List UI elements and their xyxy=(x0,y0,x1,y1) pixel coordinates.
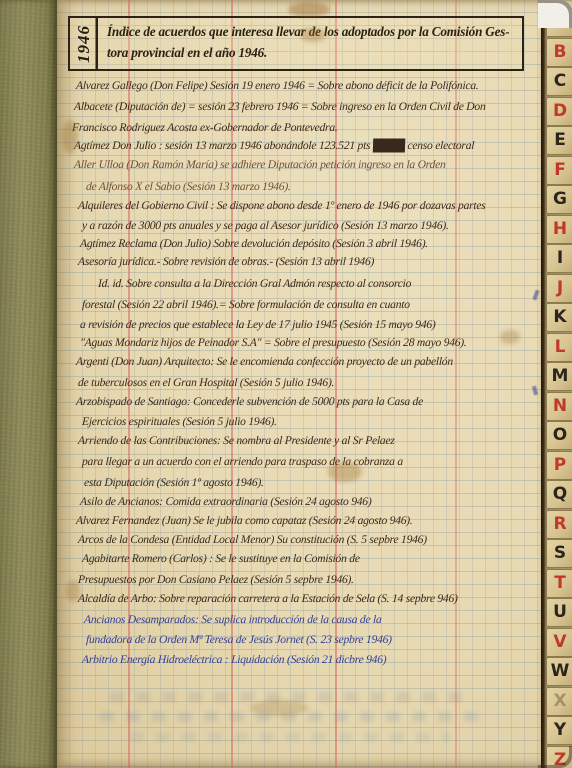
tab-r: R xyxy=(546,510,572,539)
tab-letter: X xyxy=(553,693,566,710)
index-entry-line: Ancianos Desamparados: Se suplica introd… xyxy=(84,613,382,626)
tab-letter: N xyxy=(553,398,567,415)
tab-o: O xyxy=(546,421,572,450)
index-entry-line: de Alfonso X el Sabio (Sesión 13 marzo 1… xyxy=(86,180,291,193)
tab-i: I xyxy=(546,244,572,273)
tab-p: P xyxy=(546,451,572,480)
tab-letter: E xyxy=(554,132,566,149)
index-entry-line: forestal (Sesión 22 abril 1946).= Sobre … xyxy=(82,298,410,311)
tab-letter: C xyxy=(554,73,566,90)
tab-letter: B xyxy=(554,44,567,61)
tab-letter: O xyxy=(553,427,567,444)
index-entry-line: Arbitrio Energía Hidroeléctrica : Liquid… xyxy=(82,653,387,666)
stain xyxy=(62,120,78,154)
tab-letter: L xyxy=(555,339,566,356)
tab-v: V xyxy=(546,628,572,657)
tab-s: S xyxy=(546,539,572,568)
year-label: 1946 xyxy=(74,25,94,63)
index-entry-line: "Aguas Mondariz hijos de Peinador S.A" =… xyxy=(80,336,467,349)
tab-letter: V xyxy=(553,634,566,651)
stain xyxy=(250,700,308,716)
index-entry-line: Arriendo de las Contribuciones: Se nombr… xyxy=(78,434,395,447)
tab-letter: U xyxy=(553,604,567,621)
tab-e: E xyxy=(546,126,572,155)
index-entry-line: Alvarez Gallego (Don Felipe) Sesión 19 e… xyxy=(76,79,479,92)
tab-b: B xyxy=(546,38,572,67)
tab-letter: Y xyxy=(554,722,566,739)
tab-y: Y xyxy=(546,716,572,745)
tab-n: N xyxy=(546,392,572,421)
tab-q: Q xyxy=(546,480,572,509)
tab-letter: H xyxy=(553,221,567,238)
index-entry-line: Alquileres del Gobierno Civil : Se dispo… xyxy=(78,199,486,212)
index-entry-line: Asesoría jurídica.- Sobre revisión de ob… xyxy=(78,255,375,268)
tab-u: U xyxy=(546,598,572,627)
stain xyxy=(328,462,362,482)
tab-letter: K xyxy=(553,309,566,326)
tab-letter: J xyxy=(557,280,563,297)
red-margin-line xyxy=(455,0,457,768)
index-entry-line: Alcaldía de Arbo: Sobre reparación carre… xyxy=(78,592,458,605)
year-cell: 1946 xyxy=(70,18,98,69)
tab-w: W xyxy=(546,657,572,686)
tab-x: X xyxy=(546,687,572,716)
index-entry-line: Presupuestos por Don Casiano Pelaez (Ses… xyxy=(78,573,354,586)
tab-letter: G xyxy=(553,191,567,208)
tab-letter: M xyxy=(552,368,569,385)
tab-letter: D xyxy=(553,103,567,120)
tab-d: D xyxy=(546,97,572,126)
index-entry-line: y a razón de 3000 pts anuales y se paga … xyxy=(82,219,449,232)
stain xyxy=(288,2,330,17)
page-title-line-2: tora provincial en el año 1946. xyxy=(107,42,516,63)
tab-k: K xyxy=(546,303,572,332)
header-box: 1946 Índice de acuerdos que interesa lle… xyxy=(68,16,524,71)
index-entry-line: Arzobispado de Santiago: Concederle subv… xyxy=(76,395,423,408)
tab-letter: F xyxy=(554,162,566,179)
title-cell: Índice de acuerdos que interesa llevar d… xyxy=(98,18,522,69)
tab-letter: T xyxy=(554,575,566,592)
tab-h: H xyxy=(546,215,572,244)
tab-letter: P xyxy=(554,457,566,474)
tab-letter: Q xyxy=(553,486,567,503)
tab-letter: S xyxy=(554,545,566,562)
tab-f: F xyxy=(546,156,572,185)
index-entry-line: fundadora de la Orden Mª Teresa de Jesús… xyxy=(86,633,392,646)
index-entry-line: a revisión de precios que establece la L… xyxy=(80,318,436,331)
index-entry-line: Agtímez Reclama (Don Julio) Sobre devolu… xyxy=(80,237,428,250)
stain xyxy=(66,580,80,602)
index-entry-line: Arcos de la Condesa (Entidad Local Menor… xyxy=(78,533,427,546)
index-entry-line: Agabitarte Romero (Carlos) : Se le susti… xyxy=(82,552,360,565)
index-entry-line: Agtímez Don Julio : sesión 13 marzo 1946… xyxy=(74,139,475,152)
tab-letter: I xyxy=(557,250,563,267)
tab-letter: R xyxy=(553,516,566,533)
cover-corner-top-right xyxy=(538,0,572,28)
tab-letter: W xyxy=(551,663,570,680)
index-entry-line: Albacete (Diputación de) = sesión 23 feb… xyxy=(74,100,486,113)
index-entry-line: Asilo de Ancianos: Comida extraordinaria… xyxy=(80,495,372,508)
index-entry-line: Argenti (Don Juan) Arquitecto: Se le enc… xyxy=(76,355,453,368)
index-entry-line: Id. id. Sobre consulta a la Dirección Gr… xyxy=(98,277,412,290)
index-entry-line: Alvarez Fernandez (Juan) Se le jubila co… xyxy=(76,514,413,527)
scanned-ledger-page: 1946 Índice de acuerdos que interesa lle… xyxy=(0,0,572,768)
tab-t: T xyxy=(546,569,572,598)
stain xyxy=(500,330,520,344)
index-entry-line: Aller Ulloa (Don Ramón María) se adhiere… xyxy=(74,158,446,171)
stain xyxy=(300,28,326,42)
index-entry-line: Ejercicios espirituales (Sesión 5 julio … xyxy=(82,415,277,428)
ink-bleed-through xyxy=(130,732,450,742)
tab-c: C xyxy=(546,67,572,96)
notebook-binding-strip xyxy=(0,0,57,768)
index-entry-line: de tuberculosos en el Gran Hospital (Ses… xyxy=(78,376,335,389)
tab-l: L xyxy=(546,333,572,362)
tab-j: J xyxy=(546,274,572,303)
tab-m: M xyxy=(546,362,572,391)
cover-corner-bottom-right xyxy=(538,746,572,768)
index-entry-line: esta Diputación (Sesión 1º agosto 1946). xyxy=(84,476,264,489)
tab-g: G xyxy=(546,185,572,214)
index-entry-line: Francisco Rodriguez Acosta ex-Gobernador… xyxy=(72,121,338,134)
